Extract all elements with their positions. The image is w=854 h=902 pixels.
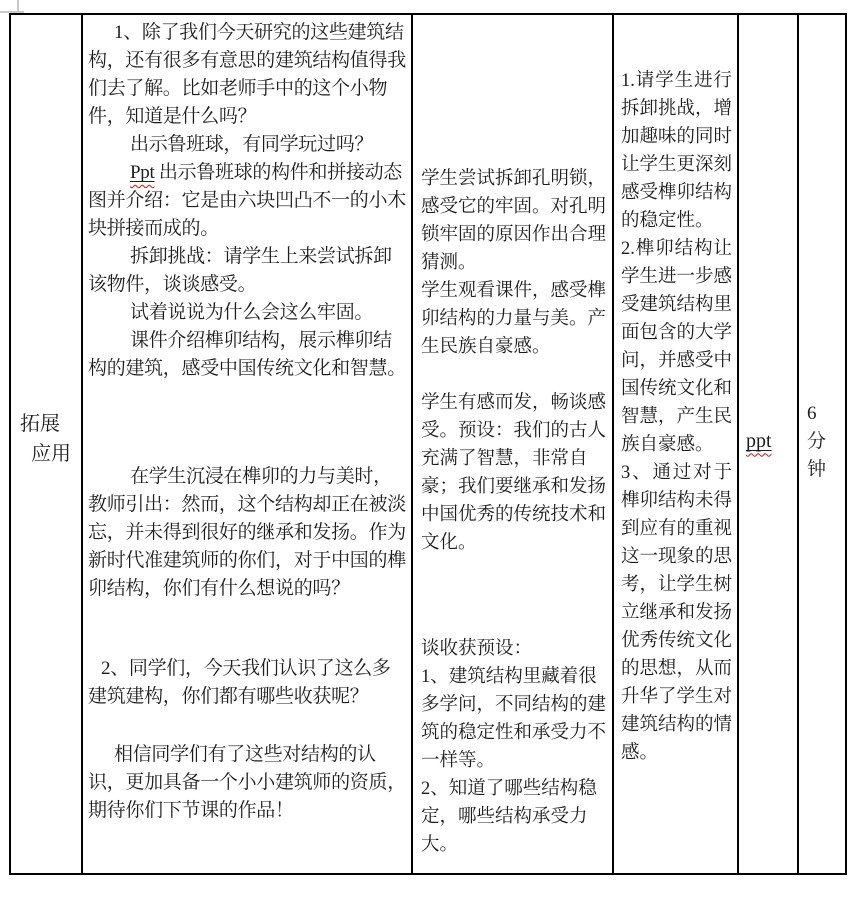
teacher-paragraph-1: 1、除了我们今天研究的这些建筑结构，还有很多有意思的建筑结构值得我们去了解。比如… xyxy=(88,19,407,131)
ppt-word-spellcheck: Ppt xyxy=(130,162,154,183)
teacher-paragraph-3: Ppt 出示鲁班球的构件和拼接动态图并介绍：它是由六块凹凸不一的小木块拼接而成的… xyxy=(88,159,407,243)
teacher-activity-cell: 1、除了我们今天研究的这些建筑结构，还有很多有意思的建筑结构值得我们去了解。比如… xyxy=(83,15,413,873)
teacher-paragraph-9: 相信同学们有了这些对结构的认识，更加具备一个小小建筑师的资质，期待你们下节课的作… xyxy=(88,741,407,825)
teacher-paragraph-6: 课件介绍榫卯结构，展示榫卯结构的建筑，感受中国传统文化和智慧。 xyxy=(88,327,407,383)
media-label: ppt xyxy=(746,430,772,452)
media-label-underlined: ppt xyxy=(746,430,797,453)
teacher-paragraph-8: 2、同学们，今天我们认识了这么多建筑建构，你们都有哪些收获呢？ xyxy=(88,655,407,711)
duration-line2: 分 xyxy=(807,428,845,456)
student-paragraph-1: 学生尝试拆卸孔明锁，感受它的牢固。对孔明锁牢固的原因作出合理猜测。 xyxy=(421,165,609,277)
ppt-word-underlined: Ppt xyxy=(130,162,154,183)
student-paragraph-3: 学生有感而发，畅谈感受。预设：我们的古人充满了智慧，非常自豪；我们要继承和发扬中… xyxy=(421,389,609,557)
lesson-plan-table-row: 拓展 应用 1、除了我们今天研究的这些建筑结构，还有很多有意思的建筑结构值得我们… xyxy=(9,13,847,875)
teacher-paragraph-5: 试着说说为什么会这么牢固。 xyxy=(88,299,407,327)
teacher-paragraph-7: 在学生沉浸在榫卯的力与美时，教师引出：然而，这个结构却正在被淡忘，并未得到很好的… xyxy=(88,463,407,603)
student-activity-cell: 学生尝试拆卸孔明锁，感受它的牢固。对孔明锁牢固的原因作出合理猜测。 学生观看课件… xyxy=(413,15,614,873)
design-intent-cell: 1.请学生进行拆卸挑战，增加趣味的同时让学生更深刻感受榫卯结构的稳定性。 2.榫… xyxy=(614,15,739,873)
media-cell: ppt xyxy=(739,15,799,873)
intent-paragraph-2: 2.榫卯结构让学生进一步感受建筑结构里面包含的大学问，并感受中国传统文化和智慧，… xyxy=(621,235,732,459)
duration-cell: 6 分 钟 xyxy=(799,15,845,873)
student-paragraph-4: 谈收获预设： xyxy=(421,635,609,663)
teacher-paragraph-4: 拆卸挑战：请学生上来尝试拆卸该物件，谈谈感受。 xyxy=(88,243,407,299)
student-paragraph-5: 1、建筑结构里藏着很多学问，不同结构的建筑的稳定性和承受力不一样等。 xyxy=(421,663,609,775)
stage-label-line2: 应用 xyxy=(20,439,81,469)
duration-line1: 6 xyxy=(807,400,845,428)
duration-line3: 钟 xyxy=(807,456,845,484)
intent-paragraph-3: 3、通过对于榫卯结构未得到应有的重视这一现象的思考，让学生树立继承和发扬优秀传统… xyxy=(621,459,732,767)
teacher-paragraph-2: 出示鲁班球，有同学玩过吗？ xyxy=(88,131,407,159)
intent-paragraph-1: 1.请学生进行拆卸挑战，增加趣味的同时让学生更深刻感受榫卯结构的稳定性。 xyxy=(621,67,732,235)
stage-cell: 拓展 应用 xyxy=(11,15,83,873)
student-paragraph-2: 学生观看课件，感受榫卯结构的力量与美。产生民族自豪感。 xyxy=(421,277,609,361)
stage-label-line1: 拓展 xyxy=(20,409,81,439)
lesson-plan-page: 拓展 应用 1、除了我们今天研究的这些建筑结构，还有很多有意思的建筑结构值得我们… xyxy=(0,0,854,902)
student-paragraph-6: 2、知道了哪些结构稳定，哪些结构承受力大。 xyxy=(421,775,609,859)
